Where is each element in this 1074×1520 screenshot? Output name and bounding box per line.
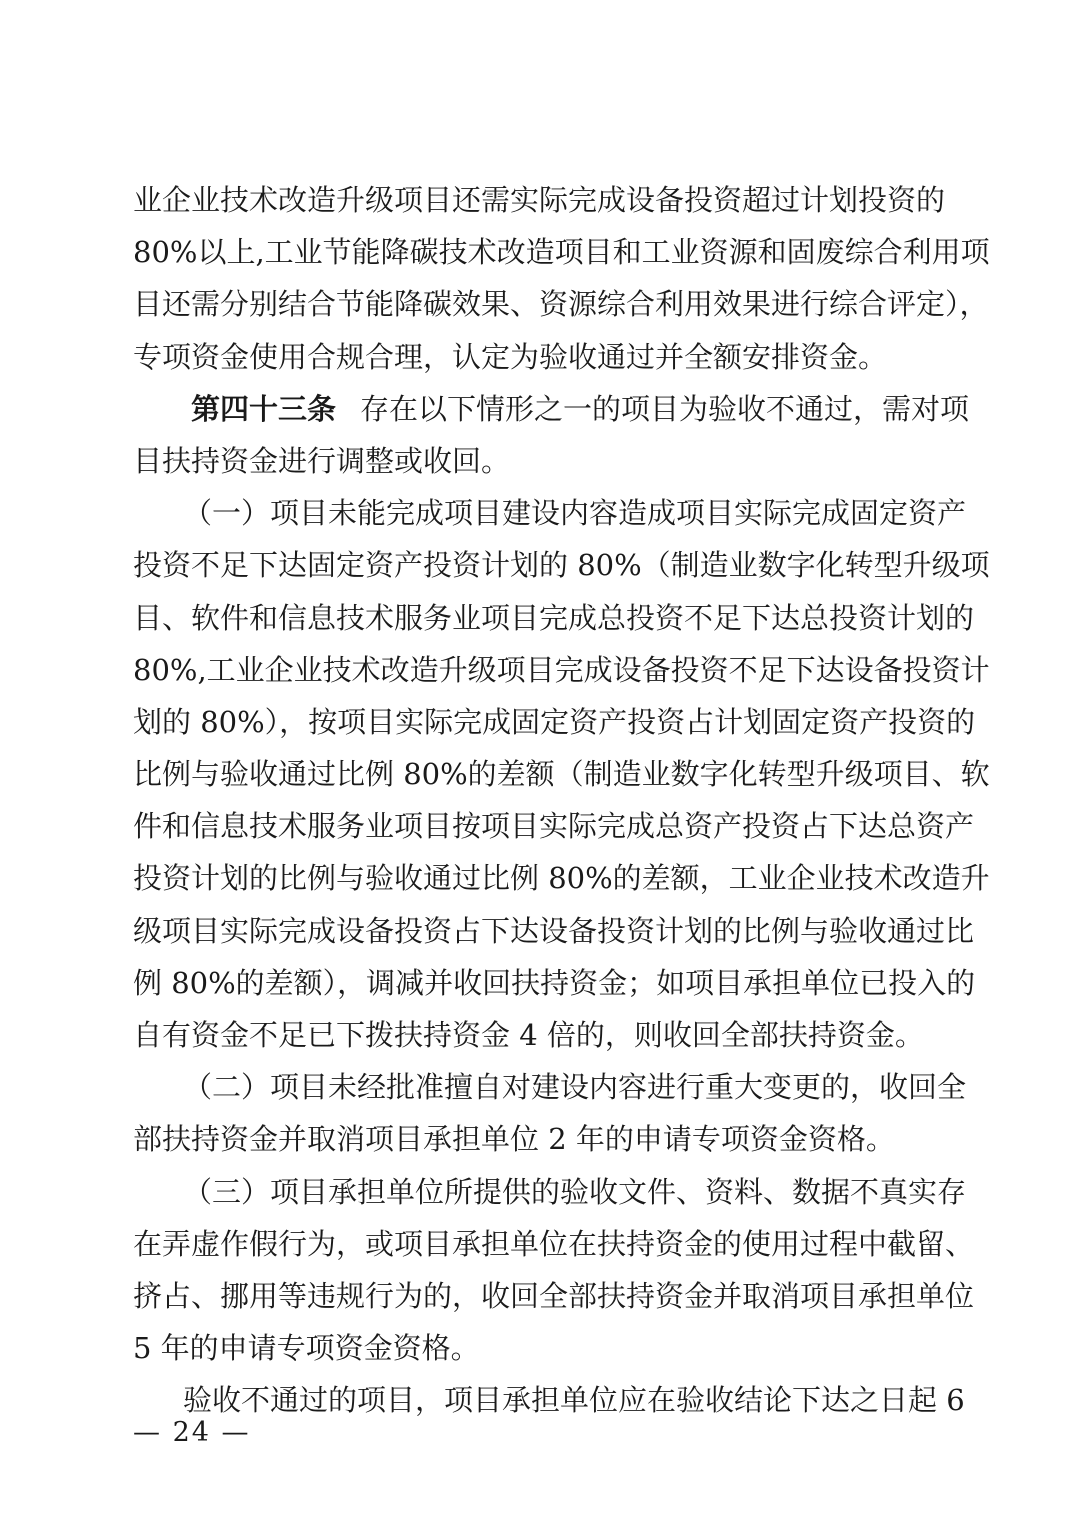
item-1-line: 比例与验收通过比例 80%的差额（制造业数字化转型升级项目、软 (133, 748, 939, 800)
document-body: 业企业技术改造升级项目还需实际完成设备投资超过计划投资的 80%以上,工业节能降… (133, 174, 939, 1427)
article-heading-line: 第四十三条存在以下情形之一的项目为验收不通过，需对项 (133, 383, 939, 435)
item-3-line: 挤占、挪用等违规行为的，收回全部扶持资金并取消项目承担单位 (133, 1270, 939, 1322)
text-line: 专项资金使用合规合理，认定为验收通过并全额安排资金。 (133, 331, 939, 383)
text-line: 80%以上,工业节能降碳技术改造项目和工业资源和固废综合利用项 (133, 226, 939, 278)
item-1-line: 自有资金不足已下拨扶持资金 4 倍的，则收回全部扶持资金。 (133, 1009, 939, 1061)
text-line: 目还需分别结合节能降碳效果、资源综合利用效果进行综合评定）， (133, 278, 939, 330)
item-3-line: （三）项目承担单位所提供的验收文件、资料、数据不真实存 (133, 1166, 939, 1218)
item-2-line: （二）项目未经批准擅自对建设内容进行重大变更的，收回全 (133, 1061, 939, 1113)
item-1-line: 投资不足下达固定资产投资计划的 80%（制造业数字化转型升级项 (133, 539, 939, 591)
item-3-line: 在弄虚作假行为，或项目承担单位在扶持资金的使用过程中截留、 (133, 1218, 939, 1270)
item-2-line: 部扶持资金并取消项目承担单位 2 年的申请专项资金资格。 (133, 1113, 939, 1165)
item-1-line: 目、软件和信息技术服务业项目完成总投资不足下达总投资计划的 (133, 592, 939, 644)
article-text: 存在以下情形之一的项目为验收不通过，需对项 (360, 392, 969, 426)
item-1-line: 80%,工业企业技术改造升级项目完成设备投资不足下达设备投资计 (133, 644, 939, 696)
item-3-line: 5 年的申请专项资金资格。 (133, 1322, 939, 1374)
item-1-line: 划的 80%），按项目实际完成固定资产投资占计划固定资产投资的 (133, 696, 939, 748)
item-1-line: （一）项目未能完成项目建设内容造成项目实际完成固定资产 (133, 487, 939, 539)
text-line: 业企业技术改造升级项目还需实际完成设备投资超过计划投资的 (133, 174, 939, 226)
item-1-line: 级项目实际完成设备投资占下达设备投资计划的比例与验收通过比 (133, 905, 939, 957)
document-page: 业企业技术改造升级项目还需实际完成设备投资超过计划投资的 80%以上,工业节能降… (0, 0, 1074, 1520)
article-number: 第四十三条 (191, 392, 336, 426)
item-1-line: 例 80%的差额），调减并收回扶持资金；如项目承担单位已投入的 (133, 957, 939, 1009)
page-number: — 24 — (133, 1413, 251, 1453)
text-line: 目扶持资金进行调整或收回。 (133, 435, 939, 487)
closing-line: 验收不通过的项目，项目承担单位应在验收结论下达之日起 6 (133, 1374, 939, 1426)
item-1-line: 件和信息技术服务业项目按项目实际完成总资产投资占下达总资产 (133, 800, 939, 852)
item-1-line: 投资计划的比例与验收通过比例 80%的差额，工业企业技术改造升 (133, 852, 939, 904)
